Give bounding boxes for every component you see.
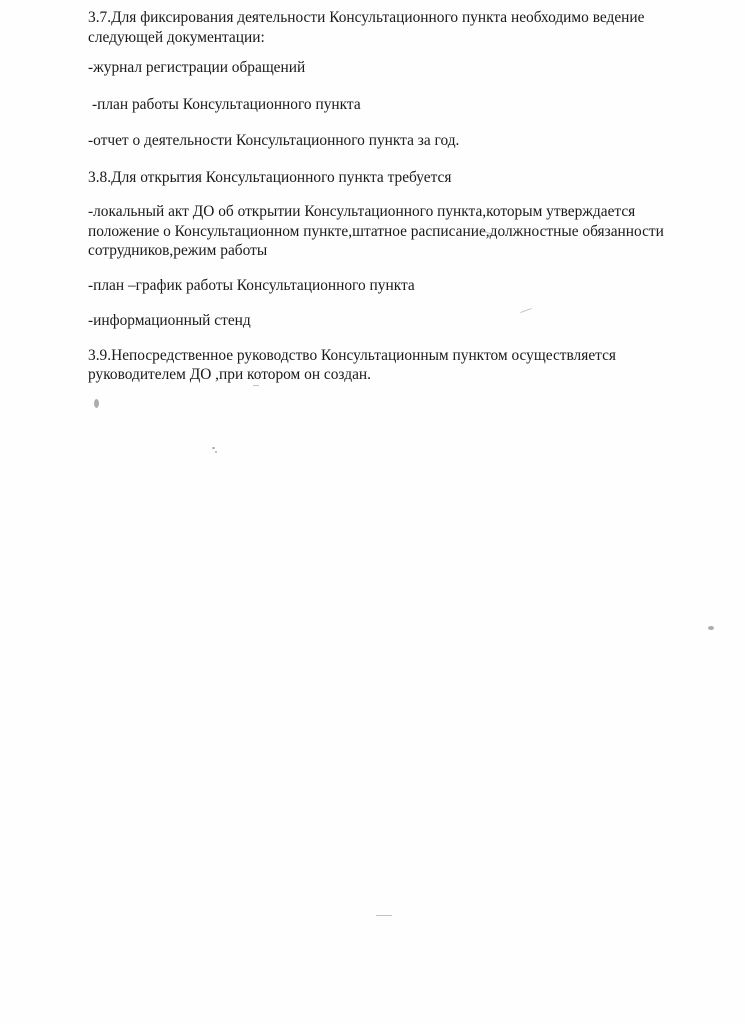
paragraph-3-8: 3.8.Для открытия Консультационного пункт… bbox=[88, 168, 688, 188]
scan-speck bbox=[212, 447, 215, 449]
scan-speck bbox=[215, 451, 217, 453]
scanned-page: 3.7.Для фиксирования деятельности Консул… bbox=[0, 0, 745, 1024]
list-item-work-plan: -план работы Консультационного пункта bbox=[88, 95, 688, 115]
list-item-registration-journal: -журнал регистрации обращений bbox=[88, 58, 688, 78]
list-item-local-act: -локальный акт ДО об открытии Консультац… bbox=[88, 202, 688, 261]
scan-mark bbox=[376, 915, 392, 916]
scan-speck bbox=[708, 626, 714, 630]
list-item-info-stand: -информационный стенд bbox=[88, 311, 688, 331]
document-body: 3.7.Для фиксирования деятельности Консул… bbox=[88, 8, 688, 397]
paragraph-3-7: 3.7.Для фиксирования деятельности Консул… bbox=[88, 8, 688, 47]
list-item-schedule-plan: -план –график работы Консультационного п… bbox=[88, 276, 688, 296]
scan-speck bbox=[94, 399, 99, 408]
scan-mark bbox=[253, 385, 259, 386]
list-item-annual-report: -отчет о деятельности Консультационного … bbox=[88, 131, 688, 151]
paragraph-3-9: 3.9.Непосредственное руководство Консуль… bbox=[88, 346, 688, 385]
